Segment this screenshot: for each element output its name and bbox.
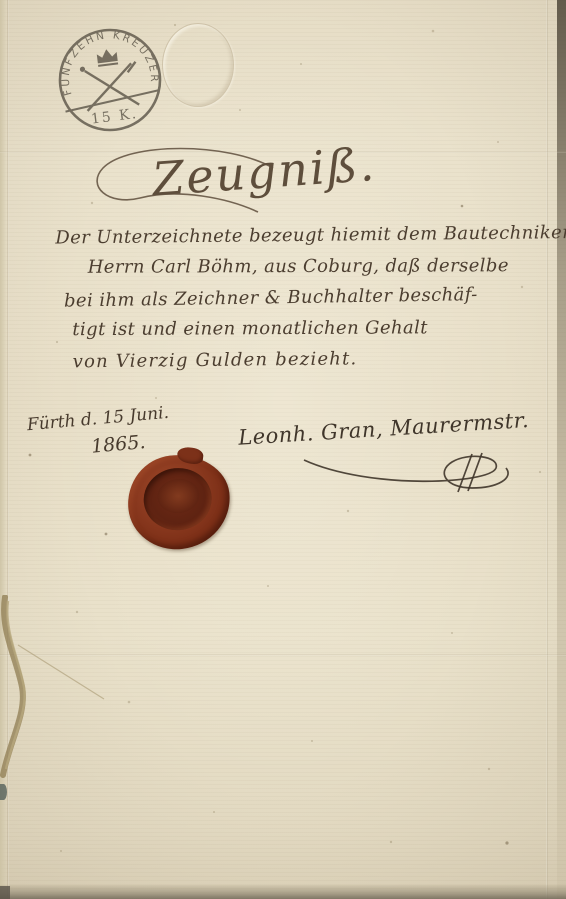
embossed-seal	[162, 23, 234, 107]
binding-thread	[0, 595, 120, 785]
wax-seal-impression	[156, 477, 201, 515]
right-fold-crease	[546, 0, 548, 899]
page-bottom-edge	[0, 885, 566, 899]
document-page: FÜNFZEHN KREUZER 15 K. Zeugniß. Der Unte…	[0, 0, 566, 899]
body-line: Der Unterzeichnete bezeugt hiemit dem Ba…	[55, 218, 530, 254]
body-line: bei ihm als Zeichner & Buchhalter beschä…	[56, 278, 531, 316]
bottom-left-stain	[0, 886, 10, 899]
crown-icon	[96, 48, 117, 63]
crossed-sword-scepter-icon	[80, 60, 141, 111]
body-line: von Vierzig Gulden bezieht.	[56, 342, 531, 378]
signature-paraph-flourish	[300, 446, 540, 506]
page-right-edge	[557, 0, 566, 899]
body-line: Herrn Carl Böhm, aus Coburg, daß derselb…	[56, 250, 531, 283]
body-text: Der Unterzeichnete bezeugt hiemit dem Ba…	[55, 218, 532, 378]
body-line: tigt ist und einen monatlichen Gehalt	[56, 312, 531, 345]
left-edge-stain	[0, 784, 7, 800]
revenue-stamp-icon: FÜNFZEHN KREUZER 15 K.	[48, 16, 172, 140]
